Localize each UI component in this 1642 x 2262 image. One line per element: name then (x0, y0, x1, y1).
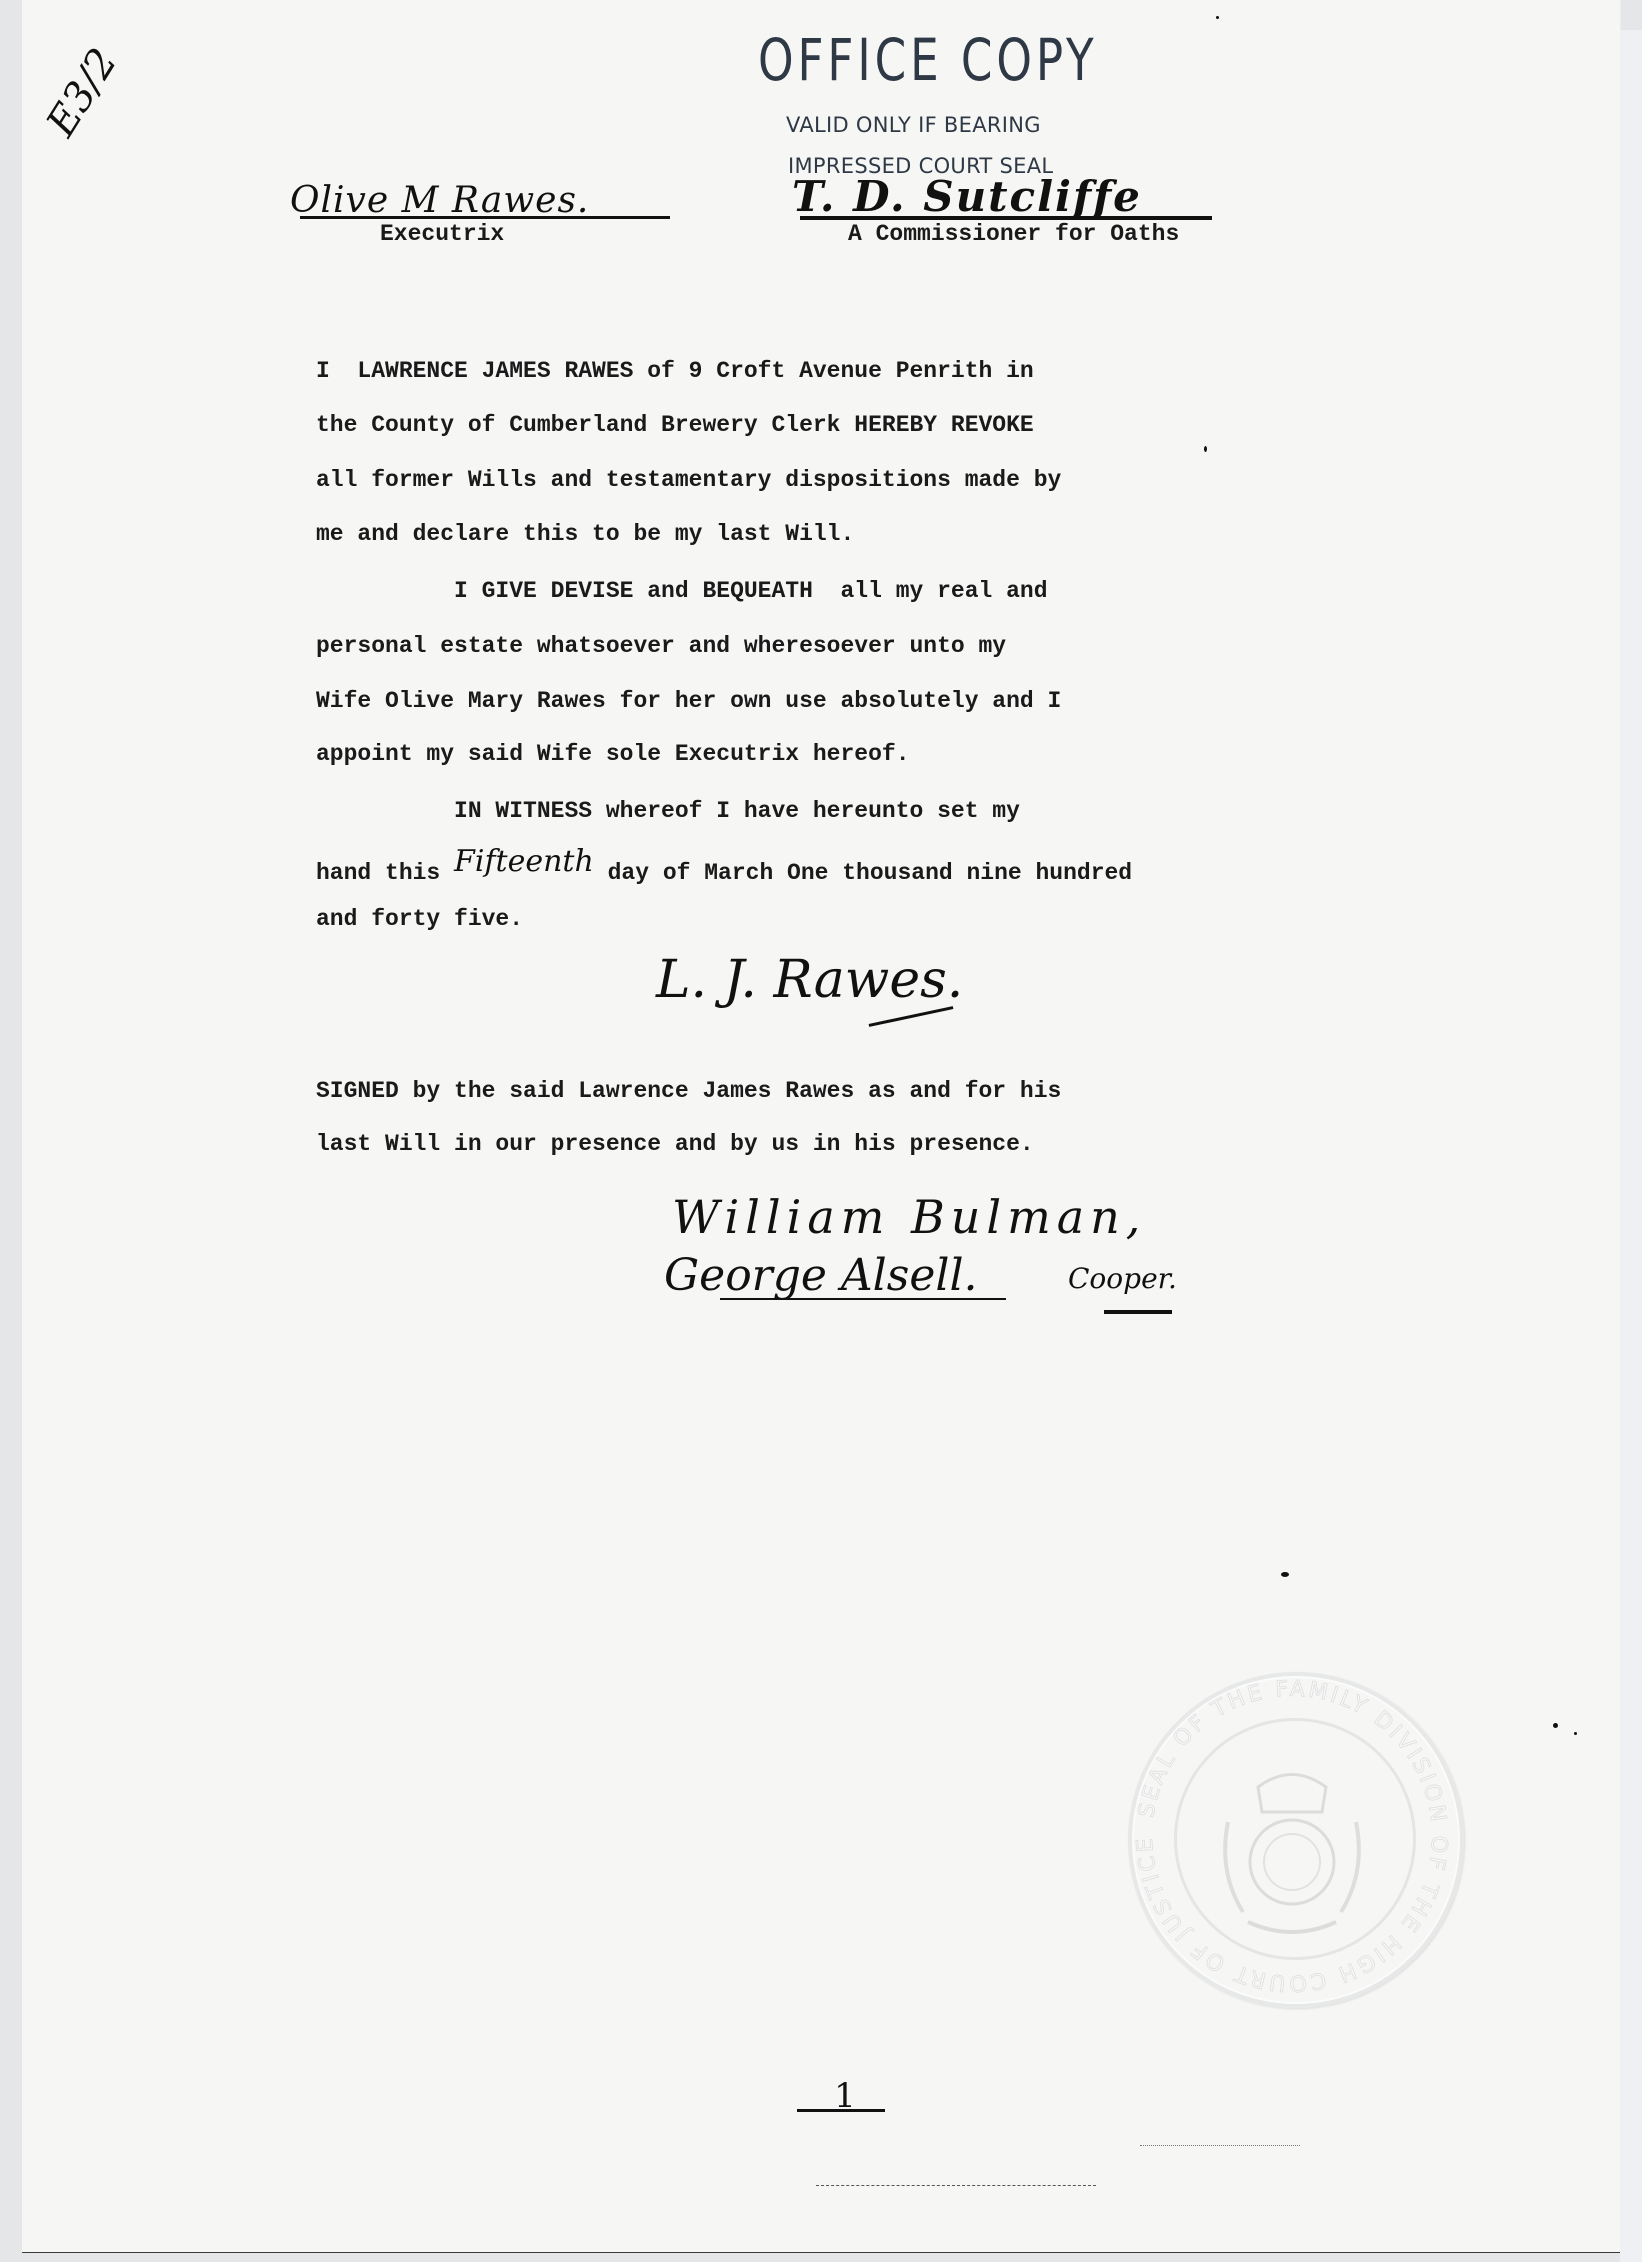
will-text-line: personal estate whatsoever and wheresoev… (316, 633, 1006, 659)
court-seal: SEAL OF THE FAMILY DIVISION OF THE HIGH … (1128, 1672, 1464, 2008)
ink-speck (1553, 1723, 1558, 1728)
ink-speck (1204, 446, 1207, 452)
will-text-line: I LAWRENCE JAMES RAWES of 9 Croft Avenue… (316, 358, 1034, 384)
date-line-suffix: day of March One thousand nine hundred (594, 860, 1132, 886)
testator-signature: L. J. Rawes. (656, 950, 963, 1010)
ink-speck (1216, 16, 1219, 19)
handwritten-day: Fifteenth (454, 844, 594, 879)
executrix-label: Executrix (380, 221, 504, 247)
ink-speck (1574, 1732, 1577, 1735)
will-text-line: all former Wills and testamentary dispos… (316, 467, 1061, 493)
executrix-signature: Olive M Rawes. (290, 180, 589, 221)
court-seal-emblem-icon: SEAL OF THE FAMILY DIVISION OF THE HIGH … (1128, 1672, 1456, 2000)
witness2-signature: George Alsell. (664, 1250, 978, 1301)
will-text-line: and forty five. (316, 906, 523, 932)
commissioner-label: A Commissioner for Oaths (848, 221, 1179, 247)
page-number-underline (797, 2109, 885, 2112)
commissioner-signature: T. D. Sutcliffe (792, 172, 1142, 221)
witness1-signature: William Bulman, (672, 1190, 1146, 1244)
svg-text:SEAL OF THE FAMILY DIVISION OF: SEAL OF THE FAMILY DIVISION OF THE HIGH … (1133, 1677, 1452, 1995)
will-text-line: I GIVE DEVISE and BEQUEATH all my real a… (316, 578, 1048, 604)
office-copy-stamp-title: OFFICE COPY (758, 26, 1098, 94)
dotted-edge-mark (1140, 2145, 1300, 2146)
witness-occupation: Cooper. (1068, 1262, 1177, 1295)
executrix-signature-line (300, 216, 670, 219)
attestation-line: last Will in our presence and by us in h… (316, 1131, 1034, 1157)
commissioner-signature-line (800, 216, 1212, 220)
will-text-line: me and declare this to be my last Will. (316, 521, 854, 547)
office-copy-stamp-line1: VALID ONLY IF BEARING (786, 113, 1041, 137)
ink-speck (1281, 1572, 1289, 1577)
page-edge (1620, 30, 1642, 2262)
date-line-prefix: hand this (316, 860, 454, 886)
will-text-line: appoint my said Wife sole Executrix here… (316, 741, 910, 767)
will-text-line: Wife Olive Mary Rawes for her own use ab… (316, 688, 1061, 714)
will-date-line: hand this Fifteenth day of March One tho… (316, 852, 1132, 887)
attestation-line: SIGNED by the said Lawrence James Rawes … (316, 1078, 1061, 1104)
will-text-line: the County of Cumberland Brewery Clerk H… (316, 412, 1034, 438)
will-text-line: IN WITNESS whereof I have hereunto set m… (316, 798, 1020, 824)
witness-occupation-underline (1104, 1310, 1172, 1314)
page-number: 1 (795, 2080, 895, 2120)
witness2-signature-line (720, 1298, 1006, 1300)
dotted-edge-mark (816, 2185, 1096, 2186)
